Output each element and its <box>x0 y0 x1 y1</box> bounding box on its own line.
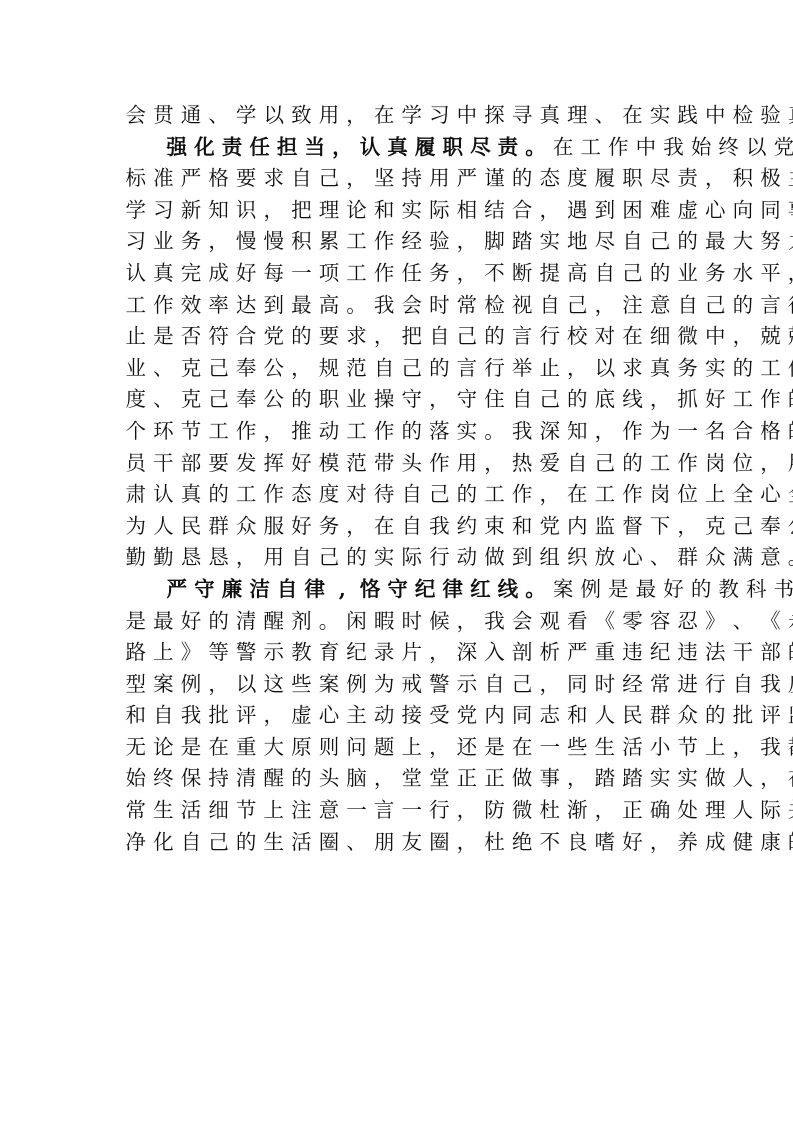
line-text: 习业务，慢慢积累工作经验，脚踏实地尽自己的最大努力， <box>122 226 793 258</box>
line-text: 是最好的清醒剂。闲暇时候，我会观看《零容忍》、《永远在 <box>122 606 793 638</box>
line-text: 业、克己奉公，规范自己的言行举止，以求真务实的工作态 <box>122 353 793 385</box>
line-text: 工作效率达到最高。我会时常检视自己，注意自己的言行举 <box>122 290 793 322</box>
text-line: 强化责任担当，认真履职尽责。在工作中我始终以党员 <box>122 132 674 164</box>
text-line: 严守廉洁自律,恪守纪律红线。案例是最好的教科书，也 <box>122 574 674 606</box>
text-line: 是最好的清醒剂。闲暇时候，我会观看《零容忍》、《永远在 <box>122 606 674 638</box>
line-text: 型案例，以这些案例为戒警示自己，同时经常进行自我反省 <box>122 669 793 701</box>
line-text: 度、克己奉公的职业操守，守住自己的底线，抓好工作的每 <box>122 384 793 416</box>
text-line: 会贯通、学以致用，在学习中探寻真理、在实践中检验真理。 <box>122 100 674 132</box>
line-text: 止是否符合党的要求，把自己的言行校对在细微中，兢兢业 <box>122 321 793 353</box>
text-line: 个环节工作，推动工作的落实。我深知，作为一名合格的党 <box>122 416 674 448</box>
line-text: 始终保持清醒的头脑，堂堂正正做事，踏踏实实做人，在日 <box>122 763 793 795</box>
text-line: 肃认真的工作态度对待自己的工作，在工作岗位上全心全意 <box>122 479 674 511</box>
text-line: 学习新知识，把理论和实际相结合，遇到困难虚心向同事学 <box>122 195 674 227</box>
text-line: 型案例，以这些案例为戒警示自己，同时经常进行自我反省 <box>122 669 674 701</box>
line-text: 认真完成好每一项工作任务，不断提高自己的业务水平，使 <box>122 258 793 290</box>
line-text: 案例是最好的教科书，也 <box>549 574 793 606</box>
bold-heading: 严守廉洁自律,恪守纪律红线。 <box>163 574 549 606</box>
text-line: 业、克己奉公，规范自己的言行举止，以求真务实的工作态 <box>122 353 674 385</box>
document-page: 会贯通、学以致用，在学习中探寻真理、在实践中检验真理。强化责任担当，认真履职尽责… <box>122 100 674 858</box>
line-text: 标准严格要求自己，坚持用严谨的态度履职尽责，积极主动 <box>122 163 793 195</box>
text-line: 止是否符合党的要求，把自己的言行校对在细微中，兢兢业 <box>122 321 674 353</box>
text-line: 度、克己奉公的职业操守，守住自己的底线，抓好工作的每 <box>122 384 674 416</box>
text-line: 习业务，慢慢积累工作经验，脚踏实地尽自己的最大努力， <box>122 226 674 258</box>
text-line: 路上》等警示教育纪录片，深入剖析严重违纪违法干部的典 <box>122 637 674 669</box>
line-text: 无论是在重大原则问题上，还是在一些生活小节上，我都能 <box>122 732 793 764</box>
text-line: 标准严格要求自己，坚持用严谨的态度履职尽责，积极主动 <box>122 163 674 195</box>
line-text: 员干部要发挥好模范带头作用，热爱自己的工作岗位，用严 <box>122 448 793 480</box>
text-line: 勤勤恳恳，用自己的实际行动做到组织放心、群众满意。 <box>122 542 674 574</box>
line-text: 为人民群众服好务，在自我约束和党内监督下，克己奉公、 <box>122 511 793 543</box>
bold-heading: 强化责任担当，认真履职尽责。 <box>163 132 549 164</box>
line-text: 路上》等警示教育纪录片，深入剖析严重违纪违法干部的典 <box>122 637 793 669</box>
line-text: 勤勤恳恳，用自己的实际行动做到组织放心、群众满意。 <box>122 542 793 574</box>
line-text: 和自我批评，虚心主动接受党内同志和人民群众的批评监督。 <box>122 700 793 732</box>
text-line: 员干部要发挥好模范带头作用，热爱自己的工作岗位，用严 <box>122 448 674 480</box>
text-line: 无论是在重大原则问题上，还是在一些生活小节上，我都能 <box>122 732 674 764</box>
line-text: 常生活细节上注意一言一行，防微杜渐，正确处理人际关系， <box>122 795 793 827</box>
text-line: 认真完成好每一项工作任务，不断提高自己的业务水平，使 <box>122 258 674 290</box>
line-text: 净化自己的生活圈、朋友圈，杜绝不良嗜好，养成健康的工 <box>122 827 793 859</box>
text-line: 净化自己的生活圈、朋友圈，杜绝不良嗜好，养成健康的工 <box>122 827 674 859</box>
line-text: 个环节工作，推动工作的落实。我深知，作为一名合格的党 <box>122 416 793 448</box>
line-text: 学习新知识，把理论和实际相结合，遇到困难虚心向同事学 <box>122 195 793 227</box>
text-line: 常生活细节上注意一言一行，防微杜渐，正确处理人际关系， <box>122 795 674 827</box>
text-line: 始终保持清醒的头脑，堂堂正正做事，踏踏实实做人，在日 <box>122 763 674 795</box>
line-text: 肃认真的工作态度对待自己的工作，在工作岗位上全心全意 <box>122 479 793 511</box>
line-text: 在工作中我始终以党员 <box>549 132 793 164</box>
text-line: 为人民群众服好务，在自我约束和党内监督下，克己奉公、 <box>122 511 674 543</box>
line-text: 会贯通、学以致用，在学习中探寻真理、在实践中检验真理。 <box>122 100 793 132</box>
text-line: 工作效率达到最高。我会时常检视自己，注意自己的言行举 <box>122 290 674 322</box>
text-line: 和自我批评，虚心主动接受党内同志和人民群众的批评监督。 <box>122 700 674 732</box>
